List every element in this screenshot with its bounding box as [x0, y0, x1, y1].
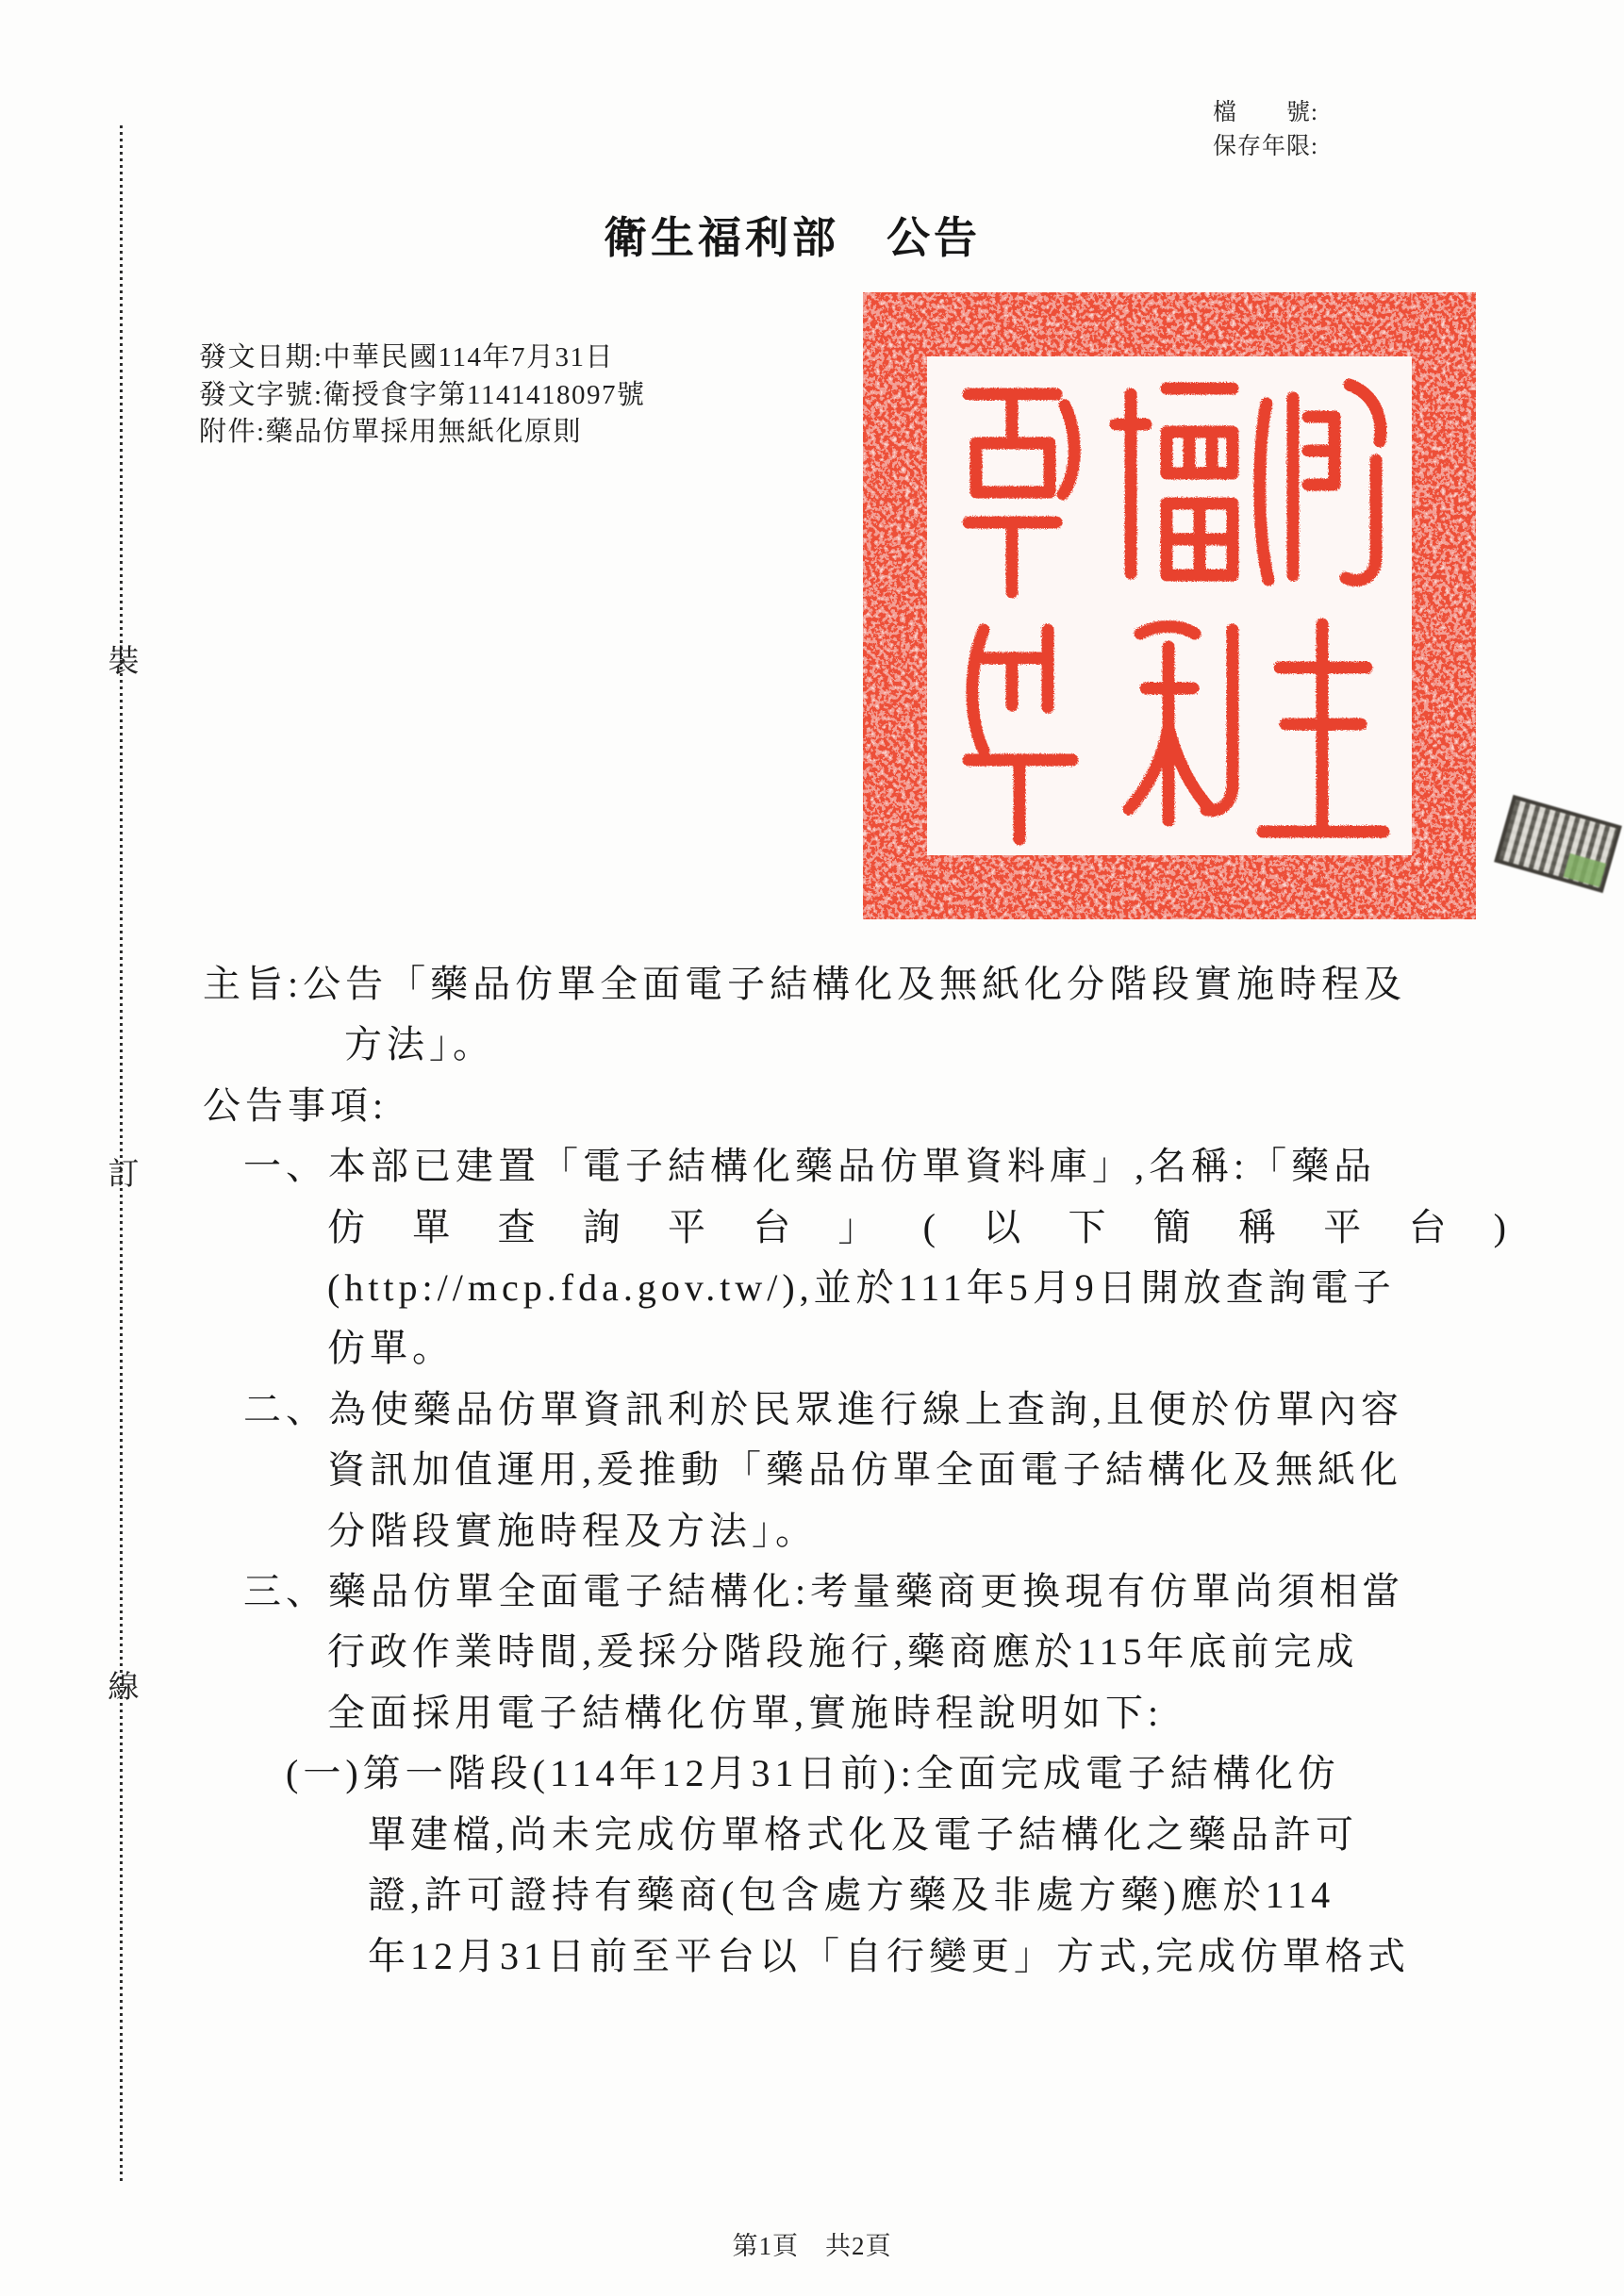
body-line: 公告事項: — [0, 1076, 1624, 1136]
registration-stamp — [1494, 795, 1622, 893]
body-line: 全面採用電子結構化仿單,實施時程說明如下: — [0, 1683, 1624, 1743]
announcement-body: 主旨:公告「藥品仿單全面電子結構化及無紙化分階段實施時程及方法」。公告事項:一、… — [0, 954, 1624, 1987]
body-line: 單建檔,尚未完成仿單格式化及電子結構化之藥品許可 — [0, 1805, 1624, 1865]
doc-number: 發文字號:衛授食字第1141418097號 — [199, 377, 645, 415]
registration-stamp-green-mark — [1564, 853, 1607, 887]
body-line: (一)第一階段(114年12月31日前):全面完成電子結構化仿 — [0, 1743, 1624, 1804]
body-line: 主旨:公告「藥品仿單全面電子結構化及無紙化分階段實施時程及 — [0, 954, 1624, 1015]
body-line: 行政作業時間,爰採分階段施行,藥商應於115年底前完成 — [0, 1622, 1624, 1682]
issue-date: 發文日期:中華民國114年7月31日 — [199, 339, 645, 377]
body-line: 證,許可證持有藥商(包含處方藥及非處方藥)應於114 — [0, 1865, 1624, 1925]
attachment: 附件:藥品仿單採用無紙化原則 — [199, 414, 645, 452]
body-line: 一、本部已建置「電子結構化藥品仿單資料庫」,名稱:「藥品 — [0, 1136, 1624, 1197]
retention-label: 保存年限: — [1213, 130, 1354, 164]
body-line: 仿單查詢平台」(以下簡稱平台) — [0, 1198, 1511, 1258]
body-line: 仿單。 — [0, 1318, 1624, 1379]
body-line: 年12月31日前至平台以「自行變更」方式,完成仿單格式 — [0, 1926, 1624, 1987]
document-meta: 發文日期:中華民國114年7月31日 發文字號:衛授食字第1141418097號… — [199, 339, 645, 452]
ministry-seal — [863, 292, 1476, 919]
body-line: 二、為使藥品仿單資訊利於民眾進行線上查詢,且便於仿單內容 — [0, 1379, 1624, 1440]
body-line: 方法」。 — [0, 1015, 1624, 1075]
body-line: (http://mcp.fda.gov.tw/),並於111年5月9日開放查詢電… — [0, 1258, 1624, 1318]
page-footer: 第1頁 共2頁 — [0, 2225, 1624, 2262]
binding-char-zhuang: 裝 — [104, 643, 143, 681]
file-no-label: 檔 號: — [1213, 96, 1354, 130]
body-line: 資訊加值運用,爰推動「藥品仿單全面電子結構化及無紙化 — [0, 1440, 1624, 1500]
document-page: 裝 訂 線 檔 號: 保存年限: 衛生福利部 公告 發文日期:中華民國114年7… — [0, 0, 1624, 2296]
page-title: 衛生福利部 公告 — [604, 204, 981, 266]
body-line: 三、藥品仿單全面電子結構化:考量藥商更換現有仿單尚須相當 — [0, 1561, 1624, 1622]
body-line: 分階段實施時程及方法」。 — [0, 1501, 1624, 1561]
file-number-block: 檔 號: 保存年限: — [1213, 96, 1354, 164]
